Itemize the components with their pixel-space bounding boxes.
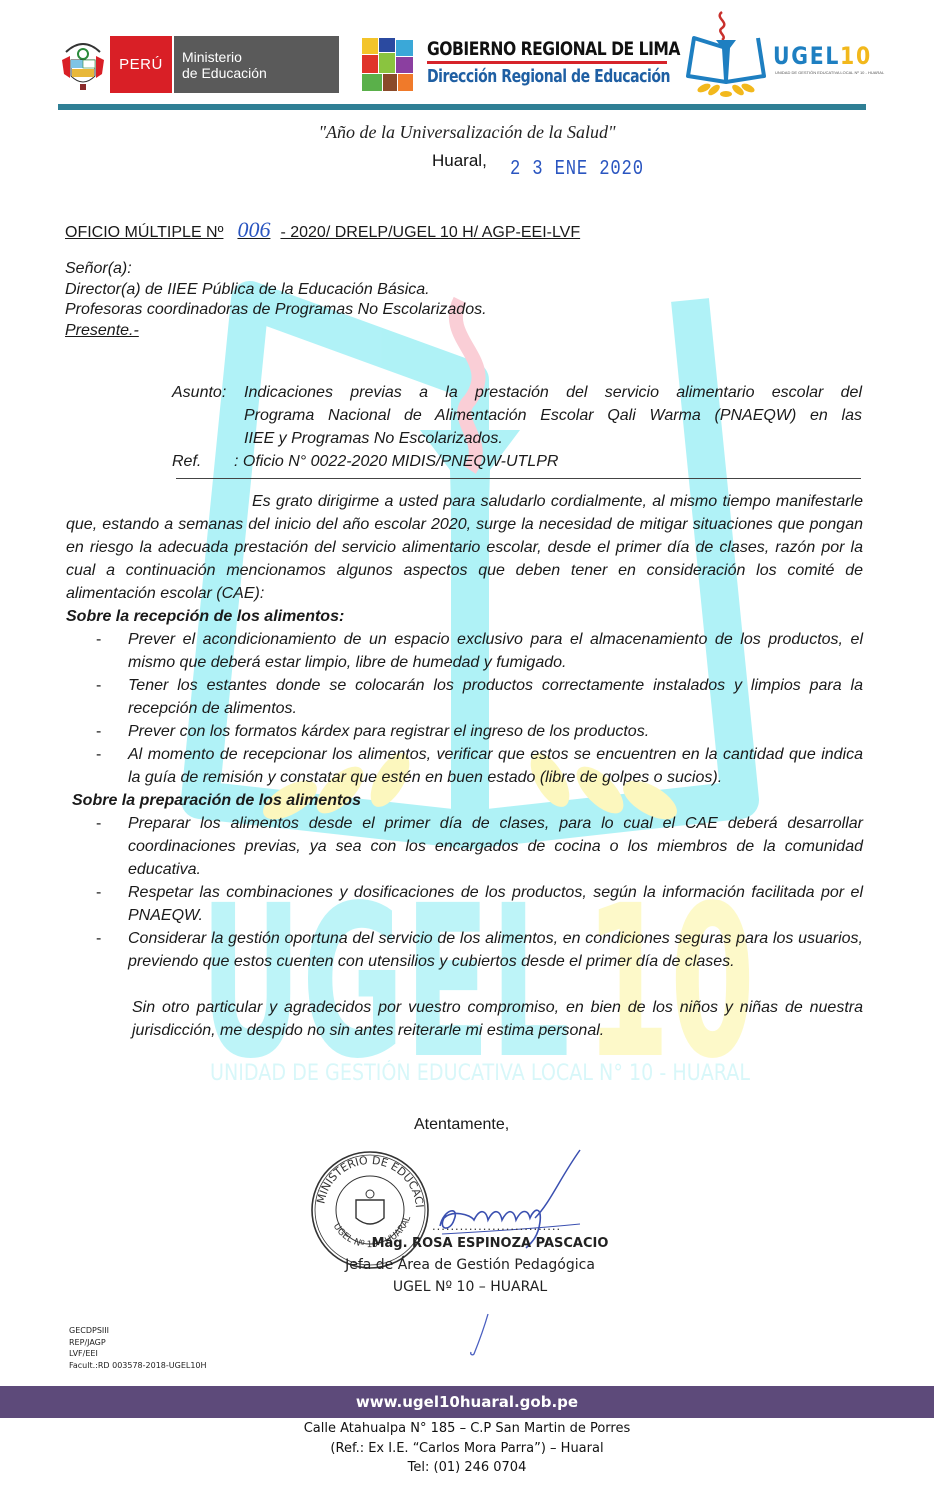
regional-government-logo-icon: [360, 36, 415, 93]
subject-divider: [176, 478, 861, 479]
signatory-role: Jefa de Área de Gestión Pedagógica: [320, 1257, 620, 1273]
signatory-organization: UGEL Nº 10 – HUARAL: [320, 1279, 620, 1295]
reference-label: Ref.: [172, 450, 234, 473]
ugel-book-torch-logo-icon: [684, 10, 774, 100]
ministry-brand-block: Ministerio de Educación: [174, 36, 339, 93]
footer-address: Calle Atahualpa N° 185 – C.P San Martin …: [0, 1419, 934, 1478]
reference-code: REP/JAGP: [69, 1337, 207, 1349]
reference-text: : Oficio N° 0022-2020 MIDIS/PNEQW-UTLPR: [234, 450, 558, 473]
ugel-wordmark: UGEL10: [773, 42, 872, 70]
subject-label: Asunto:: [172, 381, 244, 450]
section-title-preparation: Sobre la preparación de los alimentos: [66, 789, 863, 812]
letter-body: Es grato dirigirme a usted para saludarl…: [66, 490, 863, 1042]
header-divider: [58, 104, 866, 110]
footer-band: www.ugel10huaral.gob.pe: [0, 1386, 934, 1418]
regional-government-divider: [427, 61, 667, 64]
preparation-list: Preparar los alimentos desde el primer d…: [66, 812, 863, 973]
reference-codes: GECDPSIII REP/JAGP LVF/EEI Facult.:RD 00…: [69, 1325, 207, 1371]
ministry-line-2: de Educación: [182, 65, 339, 81]
signature-line: ............................: [432, 1218, 561, 1233]
official-seal-icon: MINISTERIO DE EDUCACIÓN UGEL Nº 10 - HUA…: [308, 1148, 432, 1272]
subject-block: Asunto: Indicaciones previas a la presta…: [172, 381, 862, 473]
reference-code: Facult.:RD 003578-2018-UGEL10H: [69, 1360, 207, 1372]
reference-code: GECDPSIII: [69, 1325, 207, 1337]
phone-number: Tel: (01) 246 0704: [0, 1458, 934, 1478]
reference-code: LVF/EEI: [69, 1348, 207, 1360]
subject-line: IIEE y Programas No Escolarizados.: [244, 427, 862, 450]
place-label: Huaral,: [432, 151, 487, 171]
list-item: Prever con los formatos kárdex para regi…: [128, 720, 863, 743]
subject-line: Indicaciones previas a la prestación del…: [244, 381, 862, 404]
svg-text:UNIDAD DE GESTIÓN EDUCATIVA LO: UNIDAD DE GESTIÓN EDUCATIVA LOCAL N° 10 …: [210, 1060, 751, 1086]
addressee-line-1: Director(a) de IIEE Pública de la Educac…: [65, 280, 487, 301]
document-reference-number: OFICIO MÚLTIPLE Nº006- 2020/ DRELP/UGEL …: [65, 217, 580, 243]
list-item: Tener los estantes donde se colocarán lo…: [128, 674, 863, 720]
subject-text: Indicaciones previas a la prestación del…: [244, 381, 862, 450]
year-motto: "Año de la Universalización de la Salud": [0, 122, 934, 143]
ministry-line-1: Ministerio: [182, 49, 339, 65]
peru-brand-block: PERÚ: [110, 36, 172, 93]
section-title-reception: Sobre la recepción de los alimentos:: [66, 605, 863, 628]
peru-label: PERÚ: [119, 56, 163, 73]
regional-government-title: GOBIERNO REGIONAL DE LIMA: [427, 38, 680, 60]
svg-text:MINISTERIO DE EDUCACIÓN: MINISTERIO DE EDUCACIÓN: [308, 1148, 426, 1208]
ugel-word: UGEL: [773, 42, 840, 70]
closing-paragraph: Sin otro particular y agradecidos por vu…: [66, 996, 863, 1042]
intro-paragraph: Es grato dirigirme a usted para saludarl…: [66, 490, 863, 605]
signatory-name: Mag. ROSA ESPINOZA PASCACIO: [340, 1236, 640, 1251]
address-line-1: Calle Atahualpa N° 185 – C.P San Martin …: [0, 1419, 934, 1439]
subject-line: Programa Nacional de Alimentación Escola…: [244, 404, 862, 427]
salutation: Señor(a):: [65, 259, 487, 280]
list-item: Respetar las combinaciones y dosificacio…: [128, 881, 863, 927]
website-link[interactable]: www.ugel10huaral.gob.pe: [356, 1393, 578, 1411]
valediction: Atentamente,: [414, 1116, 509, 1134]
address-line-2: (Ref.: Ex I.E. “Carlos Mora Parra”) – Hu…: [0, 1439, 934, 1459]
oficio-handwritten-number: 006: [223, 217, 280, 242]
reception-list: Prever el acondicionamiento de un espaci…: [66, 628, 863, 789]
addressee-line-2: Profesoras coordinadoras de Programas No…: [65, 300, 487, 321]
oficio-prefix: OFICIO MÚLTIPLE Nº: [65, 224, 223, 241]
peru-coat-of-arms-icon: [58, 38, 108, 94]
presente: Presente.-: [65, 321, 487, 342]
pen-stroke-icon: [460, 1310, 500, 1360]
date-stamp: 2 3 ENE 2020: [510, 158, 644, 181]
list-item: Prever el acondicionamiento de un espaci…: [128, 628, 863, 674]
regional-education-directorate: Dirección Regional de Educación: [427, 66, 670, 87]
ugel-tagline: UNIDAD DE GESTIÓN EDUCATIVA LOCAL Nº 10 …: [775, 70, 884, 75]
addressee-block: Señor(a): Director(a) de IIEE Pública de…: [65, 259, 487, 341]
list-item: Considerar la gestión oportuna del servi…: [128, 927, 863, 973]
list-item: Al momento de recepcionar los alimentos,…: [128, 743, 863, 789]
oficio-suffix: - 2020/ DRELP/UGEL 10 H/ AGP-EEI-LVF: [280, 224, 580, 241]
list-item: Preparar los alimentos desde el primer d…: [128, 812, 863, 881]
ugel-number: 10: [840, 42, 872, 70]
